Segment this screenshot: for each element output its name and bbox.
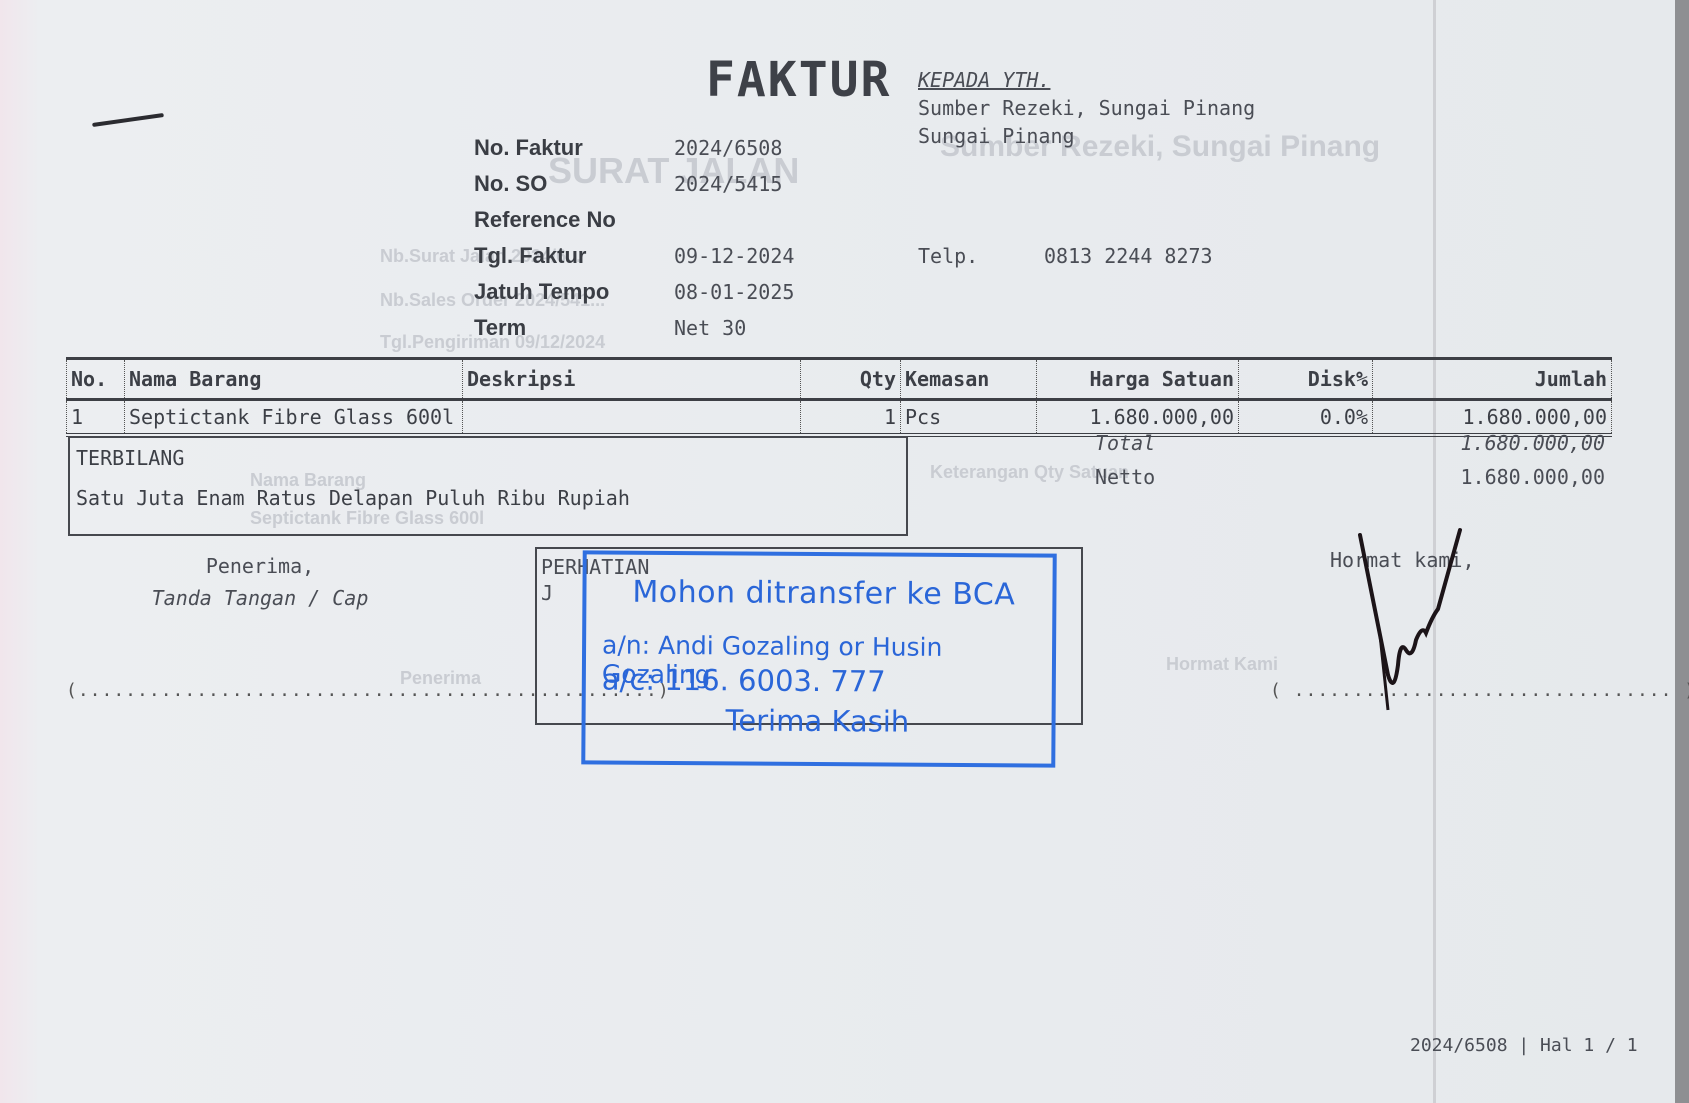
recipient-block: KEPADA YTH. Sumber Rezeki, Sungai Pinang… <box>918 66 1255 150</box>
meta-value: 2024/6508 <box>674 136 782 160</box>
receiver-sign-caption: Tanda Tangan / Cap <box>140 582 380 614</box>
document-title: FAKTUR <box>706 52 891 108</box>
signature-icon <box>1350 525 1470 715</box>
recipient-phone: Telp. 0813 2244 8273 <box>918 244 1213 268</box>
cell-no: 1 <box>67 400 125 436</box>
cell-nama-barang: Septictank Fibre Glass 600l <box>125 400 463 436</box>
ghost-text: Hormat Kami <box>1166 654 1278 675</box>
phone-value: 0813 2244 8273 <box>1044 244 1213 268</box>
meta-label: No. SO <box>474 171 674 197</box>
items-table: No. Nama Barang Deskripsi Qty Kemasan Ha… <box>66 357 1612 437</box>
cell-kemasan: Pcs <box>901 400 1037 436</box>
meta-row: Jatuh Tempo08-01-2025 <box>474 274 794 310</box>
meta-label: Jatuh Tempo <box>474 279 674 305</box>
stamp-thanks: Terima Kasih <box>725 703 909 738</box>
terbilang-text: Satu Juta Enam Ratus Delapan Puluh Ribu … <box>76 486 630 510</box>
invoice-paper: SURAT JALAN Sumber Rezeki, Sungai Pinang… <box>0 0 1689 1103</box>
meta-row: No. SO2024/5415 <box>474 166 794 202</box>
cell-qty: 1 <box>801 400 901 436</box>
meta-row: Reference No <box>474 202 794 238</box>
totals-block: Total 1.680.000,00 Netto 1.680.000,00 <box>1095 426 1605 494</box>
col-header-harga-satuan: Harga Satuan <box>1037 359 1239 400</box>
page-footer: 2024/6508 | Hal 1 / 1 <box>1410 1035 1638 1056</box>
col-header-nama-barang: Nama Barang <box>125 359 463 400</box>
recipient-name: Sumber Rezeki, Sungai Pinang <box>918 94 1255 122</box>
recipient-heading: KEPADA YTH. <box>918 66 1255 94</box>
netto-row: Netto 1.680.000,00 <box>1095 460 1605 494</box>
terbilang-label: TERBILANG <box>76 446 184 470</box>
meta-label: No. Faktur <box>474 135 674 161</box>
notice-text: J <box>541 581 553 605</box>
col-header-no: No. <box>67 359 125 400</box>
col-header-disk: Disk% <box>1239 359 1373 400</box>
col-header-deskripsi: Deskripsi <box>463 359 801 400</box>
meta-label: Tgl. Faktur <box>474 243 674 269</box>
col-header-jumlah: Jumlah <box>1373 359 1612 400</box>
invoice-meta: No. Faktur2024/6508 No. SO2024/5415 Refe… <box>474 130 794 346</box>
bank-transfer-stamp: Mohon ditransfer ke BCA a/n: Andi Gozali… <box>581 550 1056 767</box>
receiver-block: Penerima, Tanda Tangan / Cap <box>140 550 380 614</box>
stamp-account-number: a/c: 116. 6003. 777 <box>602 662 886 698</box>
cell-deskripsi <box>463 400 801 436</box>
meta-row: No. Faktur2024/6508 <box>474 130 794 166</box>
meta-value: 09-12-2024 <box>674 244 794 268</box>
total-value: 1.680.000,00 <box>1195 431 1605 455</box>
netto-value: 1.680.000,00 <box>1195 465 1605 489</box>
meta-label: Reference No <box>474 207 674 233</box>
meta-value: 08-01-2025 <box>674 280 794 304</box>
paper-edge <box>1675 0 1689 1103</box>
table-header-row: No. Nama Barang Deskripsi Qty Kemasan Ha… <box>67 359 1612 400</box>
meta-label: Term <box>474 315 674 341</box>
stamp-line-1: Mohon ditransfer ke BCA <box>632 575 1015 613</box>
pen-mark <box>92 113 164 127</box>
netto-label: Netto <box>1095 465 1195 489</box>
total-label: Total <box>1095 431 1195 455</box>
meta-value: 2024/5415 <box>674 172 782 196</box>
total-row: Total 1.680.000,00 <box>1095 426 1605 460</box>
meta-row: TermNet 30 <box>474 310 794 346</box>
meta-value: Net 30 <box>674 316 746 340</box>
col-header-kemasan: Kemasan <box>901 359 1037 400</box>
sender-signature-line: ( ................................ ) <box>1270 680 1689 701</box>
phone-label: Telp. <box>918 244 1044 268</box>
meta-row: Tgl. Faktur09-12-2024 <box>474 238 794 274</box>
terbilang-box: TERBILANG Satu Juta Enam Ratus Delapan P… <box>68 436 908 536</box>
col-header-qty: Qty <box>801 359 901 400</box>
recipient-city: Sungai Pinang <box>918 122 1255 150</box>
receiver-label: Penerima, <box>140 550 380 582</box>
